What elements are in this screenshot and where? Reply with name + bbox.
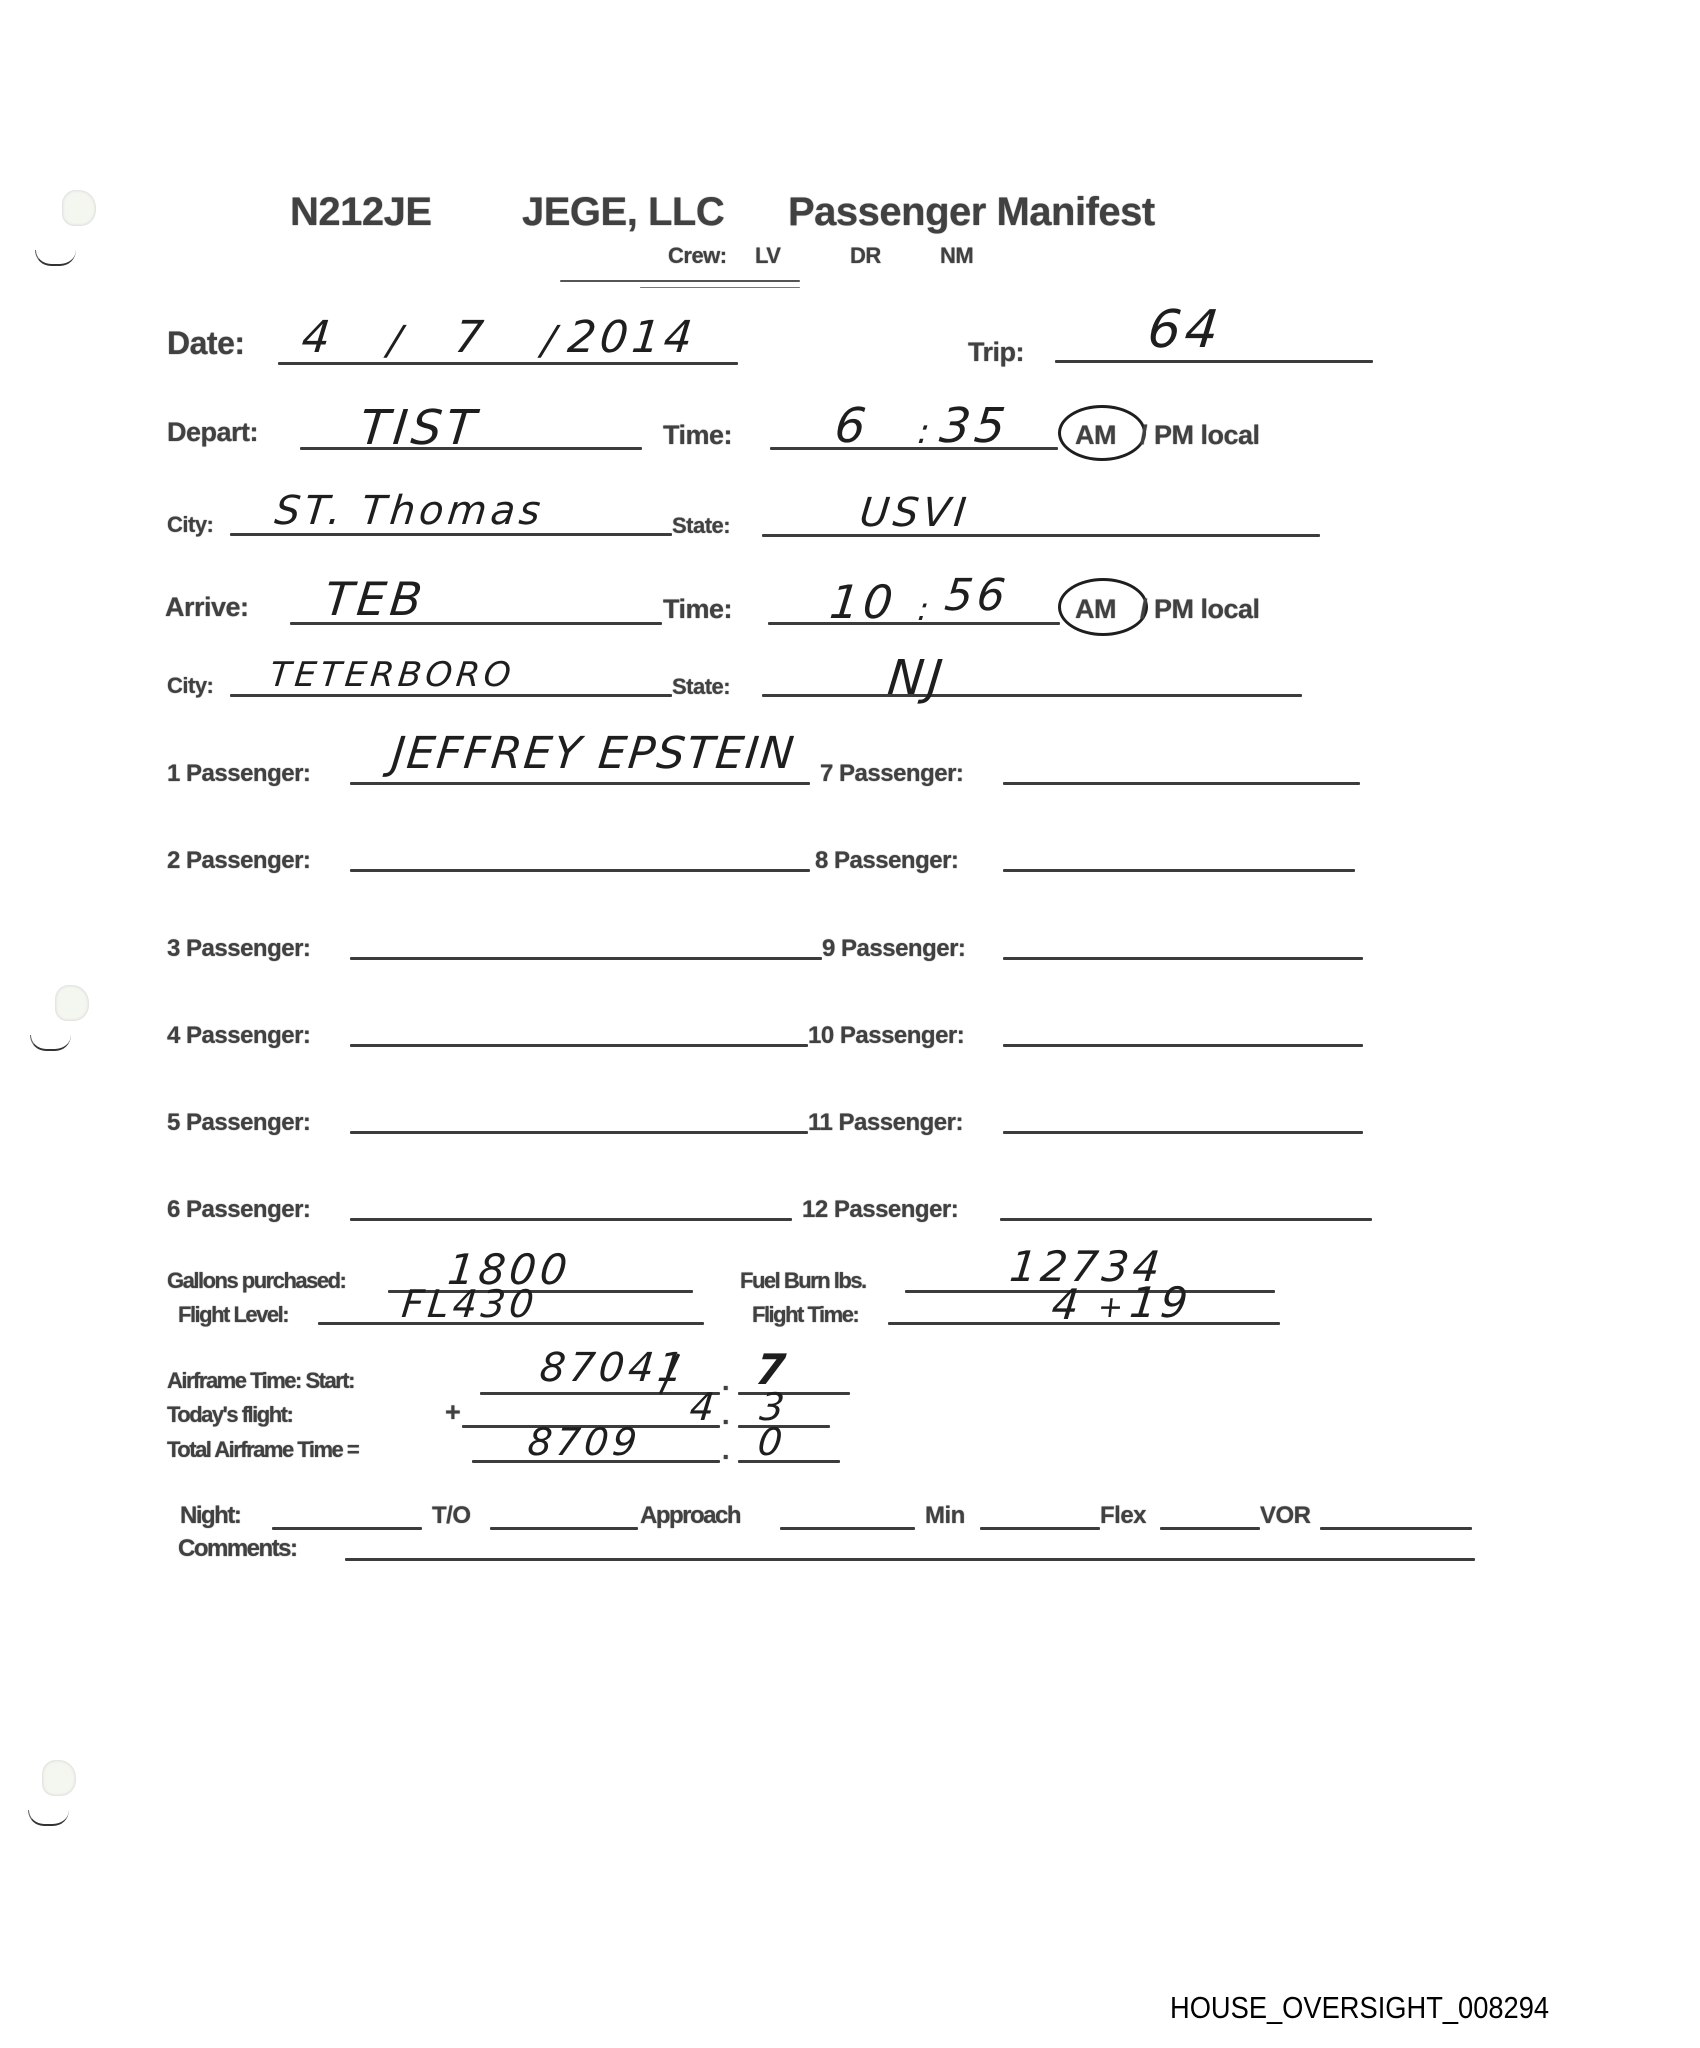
arrive-state-underline	[762, 694, 1302, 697]
depart-am-option[interactable]: AM	[1075, 420, 1116, 451]
depart-time-label: Time:	[663, 420, 732, 451]
passenger-8-label: 8 Passenger:	[815, 847, 958, 875]
vor-underline	[1320, 1527, 1472, 1530]
flight-time-label: Flight Time:	[752, 1302, 858, 1328]
arrive-time-underline	[768, 622, 1060, 625]
approach-label: Approach	[640, 1502, 740, 1530]
arrive-time-label: Time:	[663, 594, 732, 625]
passenger-6-label: 6 Passenger:	[167, 1196, 310, 1224]
passenger-3-label: 3 Passenger:	[167, 935, 310, 963]
passenger-5-label: 5 Passenger:	[167, 1109, 310, 1137]
todays-flight-label: Today's flight:	[167, 1402, 292, 1428]
passenger-12-underline	[1000, 1218, 1372, 1221]
arrive-airport[interactable]: TEB	[322, 572, 428, 626]
depart-airport[interactable]: TIST	[357, 400, 482, 456]
total-airframe-dot: .	[722, 1435, 729, 1466]
passenger-10-underline	[1003, 1044, 1363, 1047]
date-month[interactable]: 4	[299, 312, 336, 363]
date-day[interactable]: 7	[452, 312, 489, 363]
hole-punch-top-shadow	[35, 250, 76, 266]
flight-time-separator: +	[1096, 1290, 1129, 1325]
passenger-12-label: 12 Passenger:	[802, 1196, 958, 1224]
hole-punch-top	[62, 190, 96, 226]
total-airframe-whole[interactable]: 8709	[526, 1420, 643, 1464]
trip-field-underline	[1055, 360, 1373, 363]
passenger-11-label: 11 Passenger:	[808, 1109, 963, 1137]
passenger-7-label: 7 Passenger:	[820, 760, 963, 788]
todays-flight-whole[interactable]: 4	[688, 1385, 721, 1429]
passenger-4-underline	[350, 1044, 808, 1047]
depart-state[interactable]: USVI	[858, 490, 973, 536]
tail-number: N212JE	[290, 190, 432, 235]
passenger-9-label: 9 Passenger:	[822, 935, 965, 963]
date-sep-1: /	[386, 318, 408, 364]
crew-label: Crew:	[668, 243, 727, 269]
trip-value[interactable]: 64	[1145, 300, 1225, 360]
flex-underline	[1160, 1527, 1260, 1530]
vor-label: VOR	[1260, 1502, 1311, 1530]
passenger-5-underline	[350, 1131, 808, 1134]
depart-state-underline	[762, 534, 1320, 537]
hole-punch-middle	[55, 985, 89, 1021]
depart-state-label: State:	[672, 513, 730, 539]
total-airframe-decimal[interactable]: 0	[756, 1420, 789, 1464]
passenger-9-underline	[1003, 957, 1363, 960]
comments-underline	[345, 1558, 1475, 1561]
hole-punch-bottom-shadow	[28, 1810, 69, 1826]
passenger-3-underline	[350, 957, 822, 960]
passenger-6-underline	[350, 1218, 792, 1221]
trip-label: Trip:	[968, 337, 1024, 368]
passenger-8-underline	[1003, 869, 1355, 872]
airframe-start-label: Airframe Time: Start:	[167, 1368, 354, 1394]
passenger-1-name[interactable]: JEFFREY EPSTEIN	[389, 728, 798, 779]
arrive-state-label: State:	[672, 674, 730, 700]
flight-time-minutes[interactable]: 19	[1127, 1278, 1194, 1327]
hole-punch-bottom	[42, 1760, 76, 1796]
depart-time-hour[interactable]: 6	[832, 398, 872, 454]
night-underline	[272, 1527, 422, 1530]
todays-flight-dot: .	[722, 1400, 729, 1431]
passenger-1-label: 1 Passenger:	[167, 760, 310, 788]
flight-level-label: Flight Level:	[178, 1302, 288, 1328]
crew-member-2: DR	[850, 243, 881, 269]
flex-label: Flex	[1100, 1502, 1146, 1530]
depart-pm-option[interactable]: / PM local	[1140, 420, 1260, 451]
arrive-city[interactable]: TETERBORO	[268, 655, 517, 695]
page-title: Passenger Manifest	[788, 190, 1155, 235]
crew-member-1: LV	[755, 243, 780, 269]
bates-number: HOUSE_OVERSIGHT_008294	[1170, 1990, 1549, 2026]
takeoff-label: T/O	[432, 1502, 471, 1530]
depart-label: Depart:	[167, 417, 258, 448]
depart-time-minute[interactable]: 35	[937, 398, 1012, 454]
arrive-am-option[interactable]: AM	[1075, 594, 1116, 625]
crew-member-3: NM	[940, 243, 973, 269]
passenger-4-label: 4 Passenger:	[167, 1022, 310, 1050]
comments-label: Comments:	[178, 1535, 297, 1563]
passenger-10-label: 10 Passenger:	[808, 1022, 964, 1050]
hole-punch-middle-shadow	[30, 1035, 71, 1051]
flight-level-value[interactable]: FL430	[400, 1282, 540, 1326]
passenger-1-underline	[350, 782, 810, 785]
depart-time-colon: :	[916, 412, 936, 452]
arrive-label: Arrive:	[165, 592, 249, 623]
arrive-state[interactable]: NJ	[885, 650, 949, 706]
passenger-2-label: 2 Passenger:	[167, 847, 310, 875]
depart-city-label: City:	[167, 512, 213, 538]
airframe-start-dot: .	[722, 1366, 729, 1397]
total-airframe-decimal-underline	[738, 1460, 840, 1463]
arrive-pm-option[interactable]: / PM local	[1140, 594, 1260, 625]
header-underline	[560, 280, 800, 282]
company-name: JEGE, LLC	[522, 190, 724, 235]
date-label: Date:	[167, 325, 245, 362]
total-airframe-label: Total Airframe Time =	[167, 1437, 358, 1463]
night-label: Night:	[180, 1502, 240, 1530]
depart-city[interactable]: ST. Thomas	[273, 488, 547, 534]
depart-time-underline	[770, 447, 1058, 450]
gallons-label: Gallons purchased:	[167, 1268, 345, 1294]
flight-time-hours[interactable]: 4	[1049, 1280, 1085, 1329]
date-sep-2: /	[540, 318, 562, 364]
approach-underline	[780, 1527, 915, 1530]
flight-time-underline	[888, 1322, 1280, 1325]
passenger-11-underline	[1003, 1131, 1363, 1134]
passenger-2-underline	[350, 869, 810, 872]
arrive-city-label: City:	[167, 673, 213, 699]
date-year[interactable]: 2014	[565, 312, 698, 363]
arrive-time-hour[interactable]: 10	[827, 575, 899, 629]
takeoff-underline	[490, 1527, 638, 1530]
header-underline-2	[640, 287, 800, 288]
airframe-start-underline	[480, 1392, 720, 1395]
fuel-burn-label: Fuel Burn lbs.	[740, 1268, 866, 1294]
min-underline	[980, 1527, 1100, 1530]
todays-flight-plus: +	[445, 1397, 460, 1428]
airframe-start-whole[interactable]: 87041	[538, 1345, 690, 1391]
arrive-time-minute[interactable]: 56	[942, 570, 1011, 621]
min-label: Min	[925, 1502, 965, 1530]
passenger-7-underline	[1003, 782, 1360, 785]
